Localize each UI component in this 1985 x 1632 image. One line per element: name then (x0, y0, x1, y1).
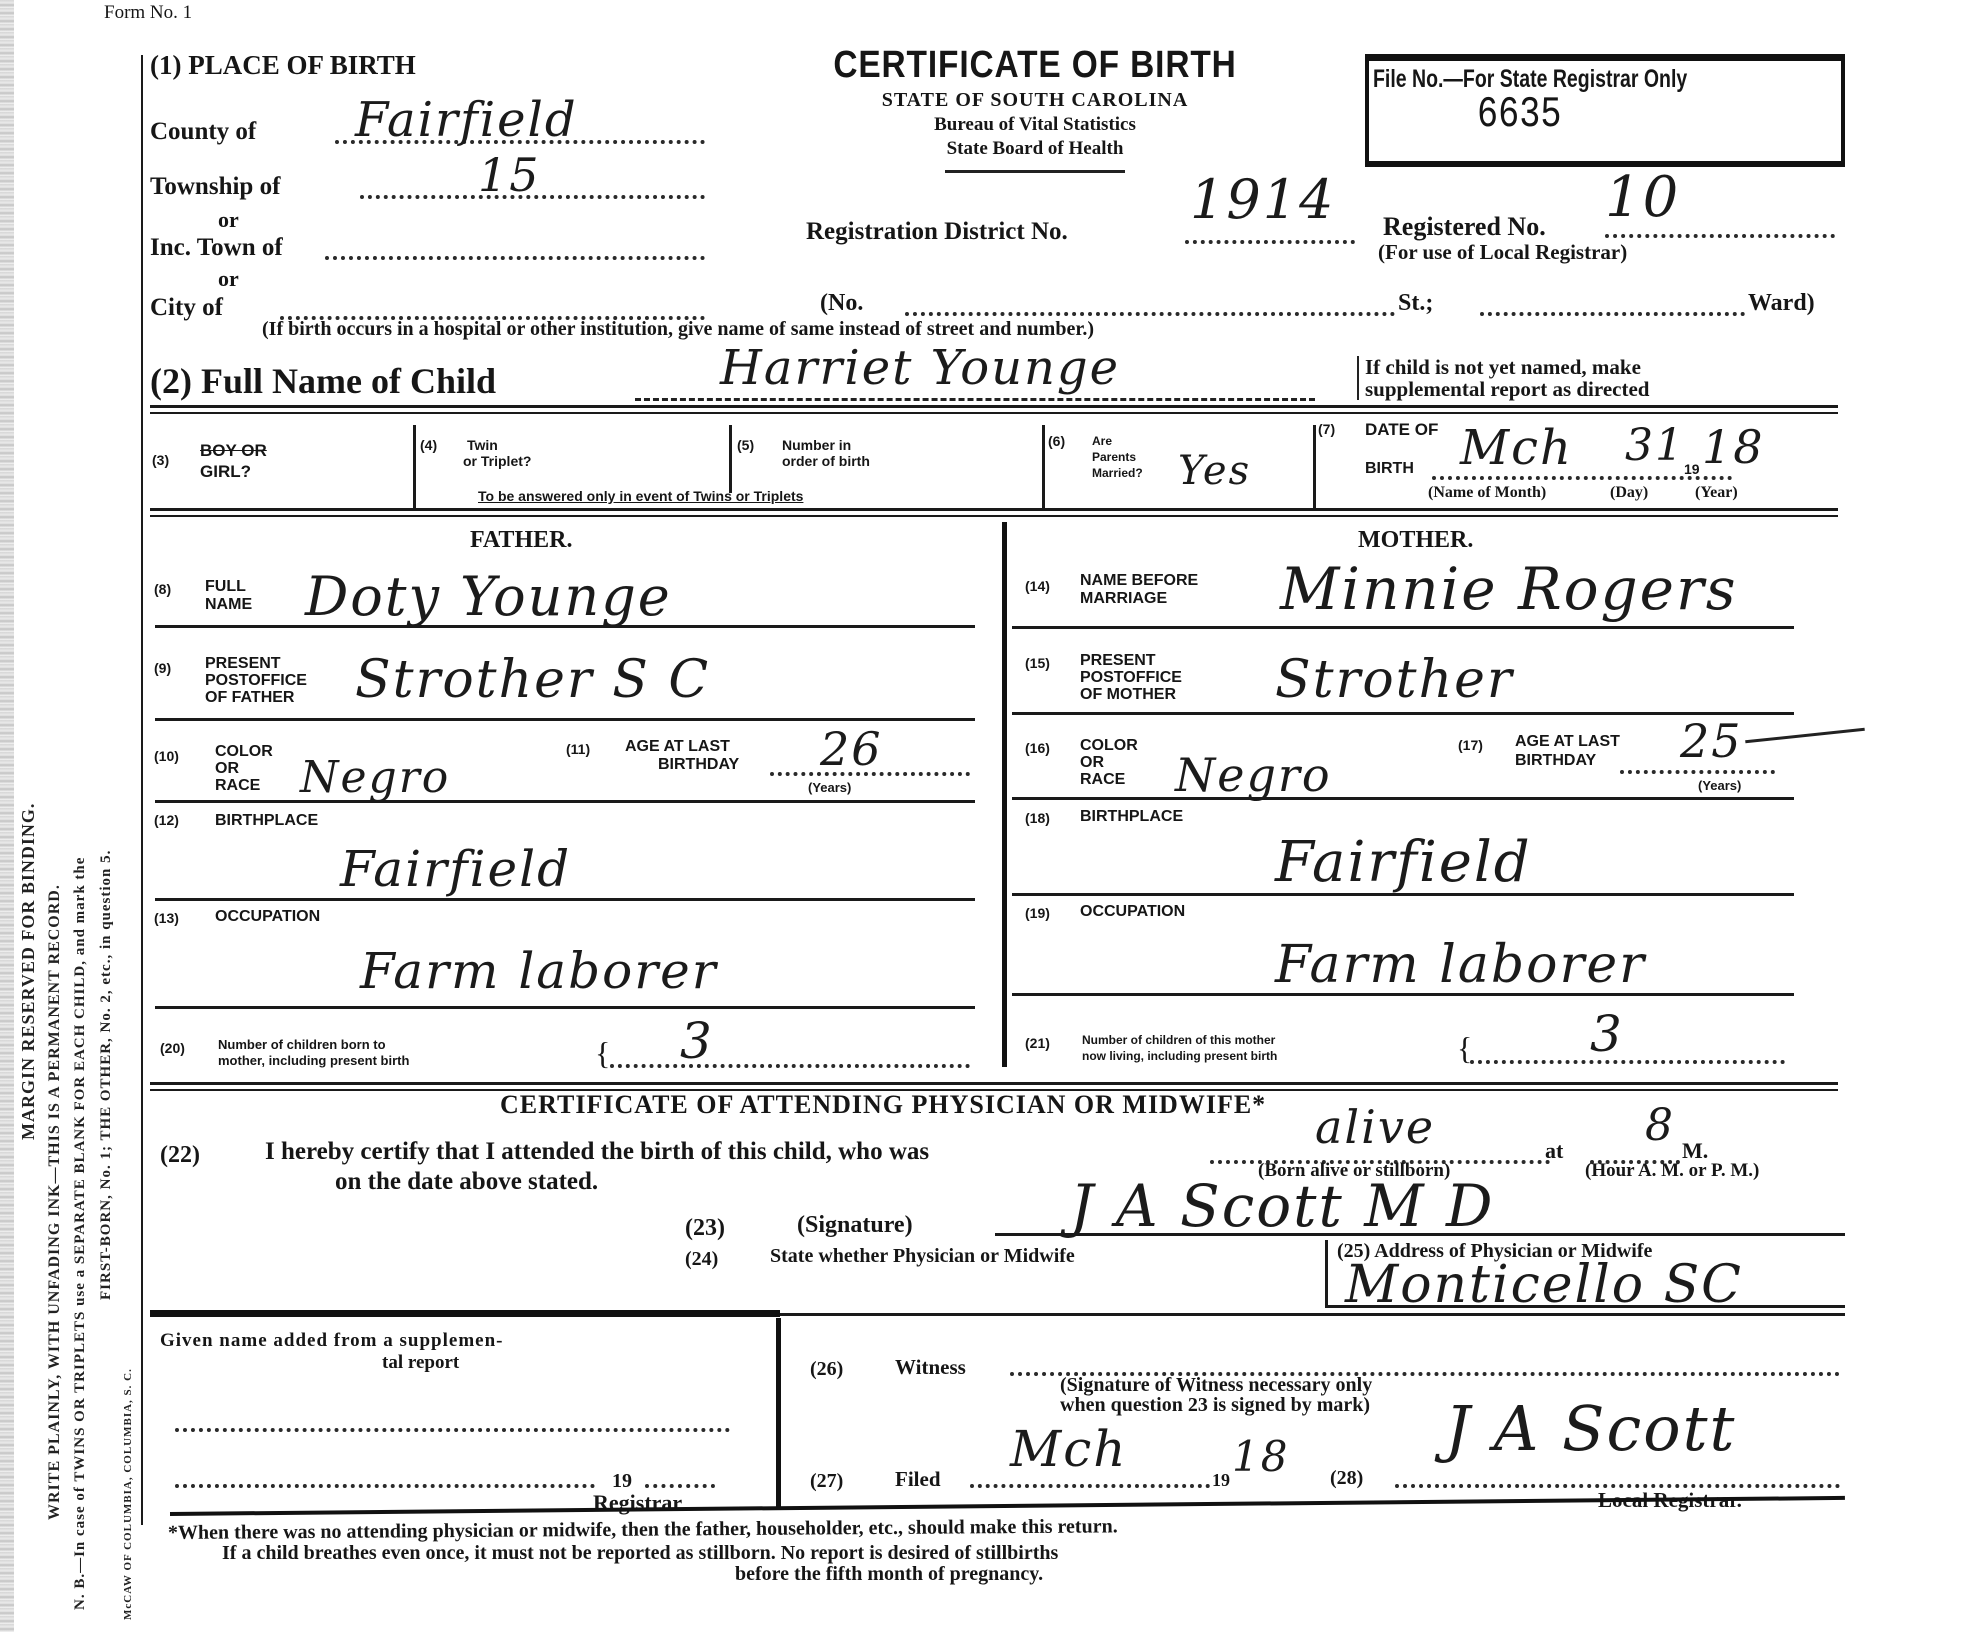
father-name-value[interactable]: Doty Younge (305, 565, 672, 628)
state-whether-label: State whether Physician or Midwife (770, 1245, 1075, 1268)
certificate-header: CERTIFICATE OF BIRTH STATE OF SOUTH CARO… (785, 44, 1285, 173)
mother-age-value[interactable]: 25 (1680, 714, 1743, 768)
mother-occupation-value[interactable]: Farm laborer (1275, 935, 1646, 995)
date-month-value[interactable]: Mch (1460, 420, 1573, 476)
mother-age-label-1: AGE AT LAST (1515, 733, 1620, 751)
father-po-label: PRESENT POSTOFFICE OF FATHER (205, 655, 307, 706)
mother-po-label-line2: POSTOFFICE (1080, 669, 1182, 686)
children-born-number: (20) (160, 1040, 185, 1056)
rule-below-row3 (150, 508, 1838, 517)
supplemental-top-rule (150, 1310, 780, 1317)
date-caption-month: (Name of Month) (1428, 484, 1546, 502)
date-caption-year: (Year) (1695, 484, 1738, 502)
mother-name-label-line1: NAME BEFORE (1080, 572, 1198, 590)
child-name-note: If child is not yet named, make suppleme… (1357, 356, 1649, 400)
registrar-signature[interactable]: J A Scott (1445, 1392, 1736, 1465)
father-occupation-rule (155, 1006, 975, 1009)
mother-occupation-number: (19) (1025, 905, 1050, 921)
divider-5-6 (1042, 425, 1045, 510)
married-label: Are Parents Married? (1092, 433, 1143, 481)
cert-alive-value[interactable]: alive (1315, 1100, 1435, 1154)
father-race-label: COLOR OR RACE (215, 743, 273, 794)
witness-note-line2: when question 23 is signed by mark) (1060, 1395, 1372, 1415)
mother-heading: MOTHER. (1358, 527, 1473, 554)
date-year-prefix: 19 (1684, 461, 1700, 477)
father-birthplace-label: BIRTHPLACE (215, 812, 318, 830)
town-label: Inc. Town of (150, 234, 283, 262)
district-line (1185, 240, 1355, 244)
children-born-value[interactable]: 3 (680, 1012, 714, 1070)
date-number: (7) (1318, 421, 1335, 437)
father-age-value[interactable]: 26 (820, 722, 883, 776)
witness-number: (26) (810, 1358, 843, 1381)
mother-age-number: (17) (1458, 737, 1483, 753)
form-number: Form No. 1 (104, 2, 192, 24)
married-value[interactable]: Yes (1178, 448, 1251, 494)
signature-label: (Signature) (797, 1212, 913, 1239)
children-born-label: Number of children born to mother, inclu… (218, 1037, 409, 1069)
or-1: or (218, 207, 239, 233)
mother-birthplace-rule (1012, 893, 1794, 896)
cert-caption-hour: (Hour A. M. or P. M.) (1585, 1160, 1759, 1182)
date-year-value[interactable]: 18 (1702, 420, 1765, 474)
children-living-label-line2: now living, including present birth (1082, 1048, 1277, 1064)
mother-race-label-line2: OR (1080, 754, 1138, 771)
children-living-label-line1: Number of children of this mother (1082, 1032, 1277, 1048)
mother-race-value[interactable]: Negro (1175, 748, 1332, 802)
twin-label: Twin or Triplet? (467, 437, 531, 469)
order-number: (5) (737, 437, 754, 453)
child-name-value[interactable]: Harriet Younge (720, 340, 1120, 396)
order-label-line1: Number in (782, 437, 870, 453)
filed-label: Filed (895, 1467, 941, 1492)
children-born-label-line1: Number of children born to (218, 1037, 409, 1053)
father-birthplace-rule (155, 898, 975, 901)
father-postoffice-value[interactable]: Strother S C (355, 650, 710, 710)
footnote-top-rule (170, 1496, 1845, 1516)
mother-po-rule (1012, 712, 1794, 715)
children-born-line (610, 1064, 970, 1068)
supplemental-divider (776, 1318, 781, 1508)
mother-po-label-line1: PRESENT (1080, 652, 1182, 669)
sex-struck-text: BOY OR (200, 441, 267, 461)
father-age-label-1: AGE AT LAST (625, 738, 730, 756)
father-race-value[interactable]: Negro (300, 752, 450, 803)
order-label: Number in order of birth (782, 437, 870, 469)
mother-age-label-2: BIRTHDAY (1515, 752, 1596, 770)
county-label: County of (150, 118, 256, 146)
father-po-label-line1: PRESENT (205, 655, 307, 672)
mother-race-number: (16) (1025, 740, 1050, 756)
sex-value[interactable]: GIRL? (200, 462, 251, 482)
city-label: City of (150, 294, 223, 322)
married-number: (6) (1048, 433, 1065, 449)
children-born-label-line2: mother, including present birth (218, 1053, 409, 1069)
order-label-line2: order of birth (782, 453, 870, 469)
father-name-label-line1: FULL (205, 578, 252, 596)
street-label: St.; (1398, 290, 1433, 317)
mother-name-value[interactable]: Minnie Rogers (1280, 555, 1738, 623)
signature-number: (23) (685, 1215, 725, 1242)
street-line[interactable] (905, 312, 1395, 316)
hospital-note: (If birth occurs in a hospital or other … (262, 318, 1094, 341)
town-line[interactable] (325, 256, 705, 260)
board-name: State Board of Health (785, 138, 1285, 160)
father-race-label-line2: OR (215, 760, 273, 777)
father-birthplace-value[interactable]: Fairfield (340, 840, 571, 898)
mother-postoffice-value[interactable]: Strother (1275, 650, 1514, 710)
father-race-number: (10) (154, 748, 179, 764)
filing-top-rule (780, 1313, 1845, 1316)
child-name-label: (2) Full Name of Child (150, 360, 496, 402)
physician-heading: CERTIFICATE OF ATTENDING PHYSICIAN OR MI… (500, 1090, 1266, 1120)
or-2: or (218, 266, 239, 292)
address-rule (1325, 1305, 1845, 1308)
district-label: Registration District No. (806, 218, 1068, 246)
printer-imprint: McCAW OF COLUMBIA, COLUMBIA, S. C. (122, 1368, 134, 1620)
form-left-border (141, 55, 143, 1525)
rule-below-name (150, 405, 1838, 414)
twins-note: To be answered only in event of Twins or… (478, 488, 803, 504)
supplemental-year-line[interactable] (645, 1484, 715, 1488)
mother-birthplace-value[interactable]: Fairfield (1275, 830, 1532, 895)
father-po-number: (9) (154, 660, 171, 676)
filed-month-value[interactable]: Mch (1010, 1420, 1127, 1478)
father-birthplace-number: (12) (154, 812, 179, 828)
mother-po-label-line3: OF MOTHER (1080, 686, 1182, 703)
mother-name-label: NAME BEFORE MARRIAGE (1080, 572, 1198, 608)
state-whether-number: (24) (685, 1248, 718, 1271)
supplemental-heading-2: tal report (382, 1352, 459, 1374)
witness-label: Witness (895, 1355, 966, 1380)
father-age-label-2: BIRTHDAY (658, 756, 739, 774)
children-living-value[interactable]: 3 (1590, 1005, 1624, 1063)
father-age-caption: (Years) (808, 780, 851, 795)
witness-note-line1: (Signature of Witness necessary only (1060, 1375, 1372, 1395)
mother-po-number: (15) (1025, 655, 1050, 671)
cert-text-1: I hereby certify that I attended the bir… (265, 1138, 929, 1166)
child-name-line (635, 398, 1315, 401)
mother-occupation-rule (1012, 993, 1794, 996)
registered-label: Registered No. (1383, 212, 1546, 242)
date-label-2: BIRTH (1365, 460, 1414, 478)
married-label-line2: Parents (1092, 449, 1143, 465)
address-divider (1325, 1240, 1328, 1308)
mother-birthplace-label: BIRTHPLACE (1080, 808, 1183, 826)
mother-name-rule (1012, 626, 1794, 629)
children-living-line (1470, 1060, 1785, 1064)
child-note-line1: If child is not yet named, make (1365, 356, 1649, 378)
mother-po-label: PRESENT POSTOFFICE OF MOTHER (1080, 652, 1182, 703)
child-note-line2: supplemental report as directed (1365, 378, 1649, 400)
father-name-number: (8) (154, 581, 171, 597)
margin-twins-note: N. B.—In case of TWINS OR TRIPLETS use a… (72, 857, 89, 1610)
registered-value[interactable]: 10 (1605, 165, 1680, 230)
father-po-label-line2: POSTOFFICE (205, 672, 307, 689)
father-occupation-label: OCCUPATION (215, 908, 320, 926)
margin-ink-note: WRITE PLAINLY, WITH UNFADING INK—THIS IS… (46, 884, 64, 1520)
supplemental-heading-1: Given name added from a supplemen- (160, 1330, 503, 1352)
children-living-number: (21) (1025, 1035, 1050, 1051)
header-divider (945, 170, 1125, 173)
mother-birthplace-number: (18) (1025, 810, 1050, 826)
registrar-number: (28) (1330, 1467, 1363, 1490)
footnote-line-2: If a child breathes even once, it must n… (222, 1542, 1058, 1565)
mother-age-flourish (1745, 728, 1865, 744)
registered-note: (For use of Local Registrar) (1378, 240, 1627, 265)
divider-6-7 (1313, 425, 1316, 510)
date-day-value[interactable]: 31 (1625, 420, 1685, 471)
registered-line (1605, 234, 1835, 238)
father-race-label-line3: RACE (215, 777, 273, 794)
father-name-label-line2: NAME (205, 596, 252, 614)
margin-binding-note: MARGIN RESERVED FOR BINDING. (18, 803, 39, 1140)
father-po-rule (155, 718, 975, 721)
witness-note: (Signature of Witness necessary only whe… (1060, 1375, 1372, 1415)
cert-text-2: on the date above stated. (335, 1168, 598, 1196)
place-of-birth-heading: (1) PLACE OF BIRTH (150, 50, 416, 81)
state-file-box: File No.—For State Registrar Only 6635 (1365, 54, 1845, 167)
footnote-line-1: *When there was no attending physician o… (168, 1515, 1118, 1545)
mother-race-rule (1012, 797, 1794, 800)
mother-age-caption: (Years) (1698, 778, 1741, 793)
divider-3-4 (413, 425, 416, 510)
footnote-line-3: before the fifth month of pregnancy. (735, 1563, 1043, 1586)
sex-number: (3) (152, 452, 169, 468)
filed-number: (27) (810, 1470, 843, 1493)
township-label: Township of (150, 173, 280, 201)
divider-4-5 (729, 425, 732, 493)
street-number-label: (No. (820, 290, 863, 317)
supplemental-date-line[interactable] (175, 1484, 595, 1488)
married-label-line1: Are (1092, 433, 1143, 449)
children-born-brace: { (595, 1035, 610, 1072)
mother-race-label: COLOR OR RACE (1080, 737, 1138, 788)
father-age-number: (11) (566, 741, 590, 757)
mother-race-label-line3: RACE (1080, 771, 1138, 788)
filed-line (970, 1484, 1210, 1488)
father-mother-divider (1002, 522, 1007, 1067)
mother-name-number: (14) (1025, 578, 1050, 594)
margin-firstborn-note: FIRST-BORN, No. 1; THE OTHER, No. 2, etc… (98, 850, 115, 1300)
county-value[interactable]: Fairfield (355, 92, 578, 148)
mother-occupation-label: OCCUPATION (1080, 903, 1185, 921)
cert-at-label: at (1545, 1138, 1563, 1164)
mother-race-label-line1: COLOR (1080, 737, 1138, 754)
supplemental-name-line[interactable] (175, 1428, 730, 1432)
father-po-label-line3: OF FATHER (205, 689, 307, 706)
father-occupation-number: (13) (154, 910, 179, 926)
filed-year-prefix: 19 (1212, 1470, 1230, 1491)
filed-year-value[interactable]: 18 (1232, 1432, 1289, 1481)
father-heading: FATHER. (470, 527, 572, 554)
father-race-rule (155, 800, 975, 803)
file-number: 6635 (1477, 90, 1768, 140)
ward-label: Ward) (1748, 290, 1815, 317)
twin-label-line2: or Triplet? (463, 453, 531, 469)
twin-number: (4) (420, 437, 437, 453)
supplemental-registrar-label: Registrar (593, 1490, 682, 1516)
township-value[interactable]: 15 (478, 148, 541, 202)
physician-signature[interactable]: J A Scott M D (1070, 1172, 1495, 1240)
ward-line[interactable] (1480, 312, 1745, 316)
twin-label-line1: Twin (467, 437, 531, 453)
state-name: STATE OF SOUTH CAROLINA (785, 89, 1285, 112)
mother-name-label-line2: MARRIAGE (1080, 590, 1198, 608)
district-value[interactable]: 1914 (1190, 168, 1335, 231)
date-label-1: DATE OF (1365, 420, 1438, 440)
scan-edge (0, 0, 14, 1632)
father-name-rule (155, 625, 975, 628)
mother-age-line (1620, 770, 1775, 774)
father-race-label-line1: COLOR (215, 743, 273, 760)
cert-hour-value[interactable]: 8 (1645, 1100, 1675, 1151)
father-name-label: FULL NAME (205, 578, 252, 614)
bureau-name: Bureau of Vital Statistics (785, 114, 1285, 136)
father-occupation-value[interactable]: Farm laborer (360, 942, 718, 1000)
certificate-title: CERTIFICATE OF BIRTH (815, 44, 1255, 87)
married-label-line3: Married? (1092, 465, 1143, 481)
cert-number: (22) (160, 1142, 200, 1169)
children-living-label: Number of children of this mother now li… (1082, 1032, 1277, 1064)
date-caption-day: (Day) (1610, 484, 1648, 502)
